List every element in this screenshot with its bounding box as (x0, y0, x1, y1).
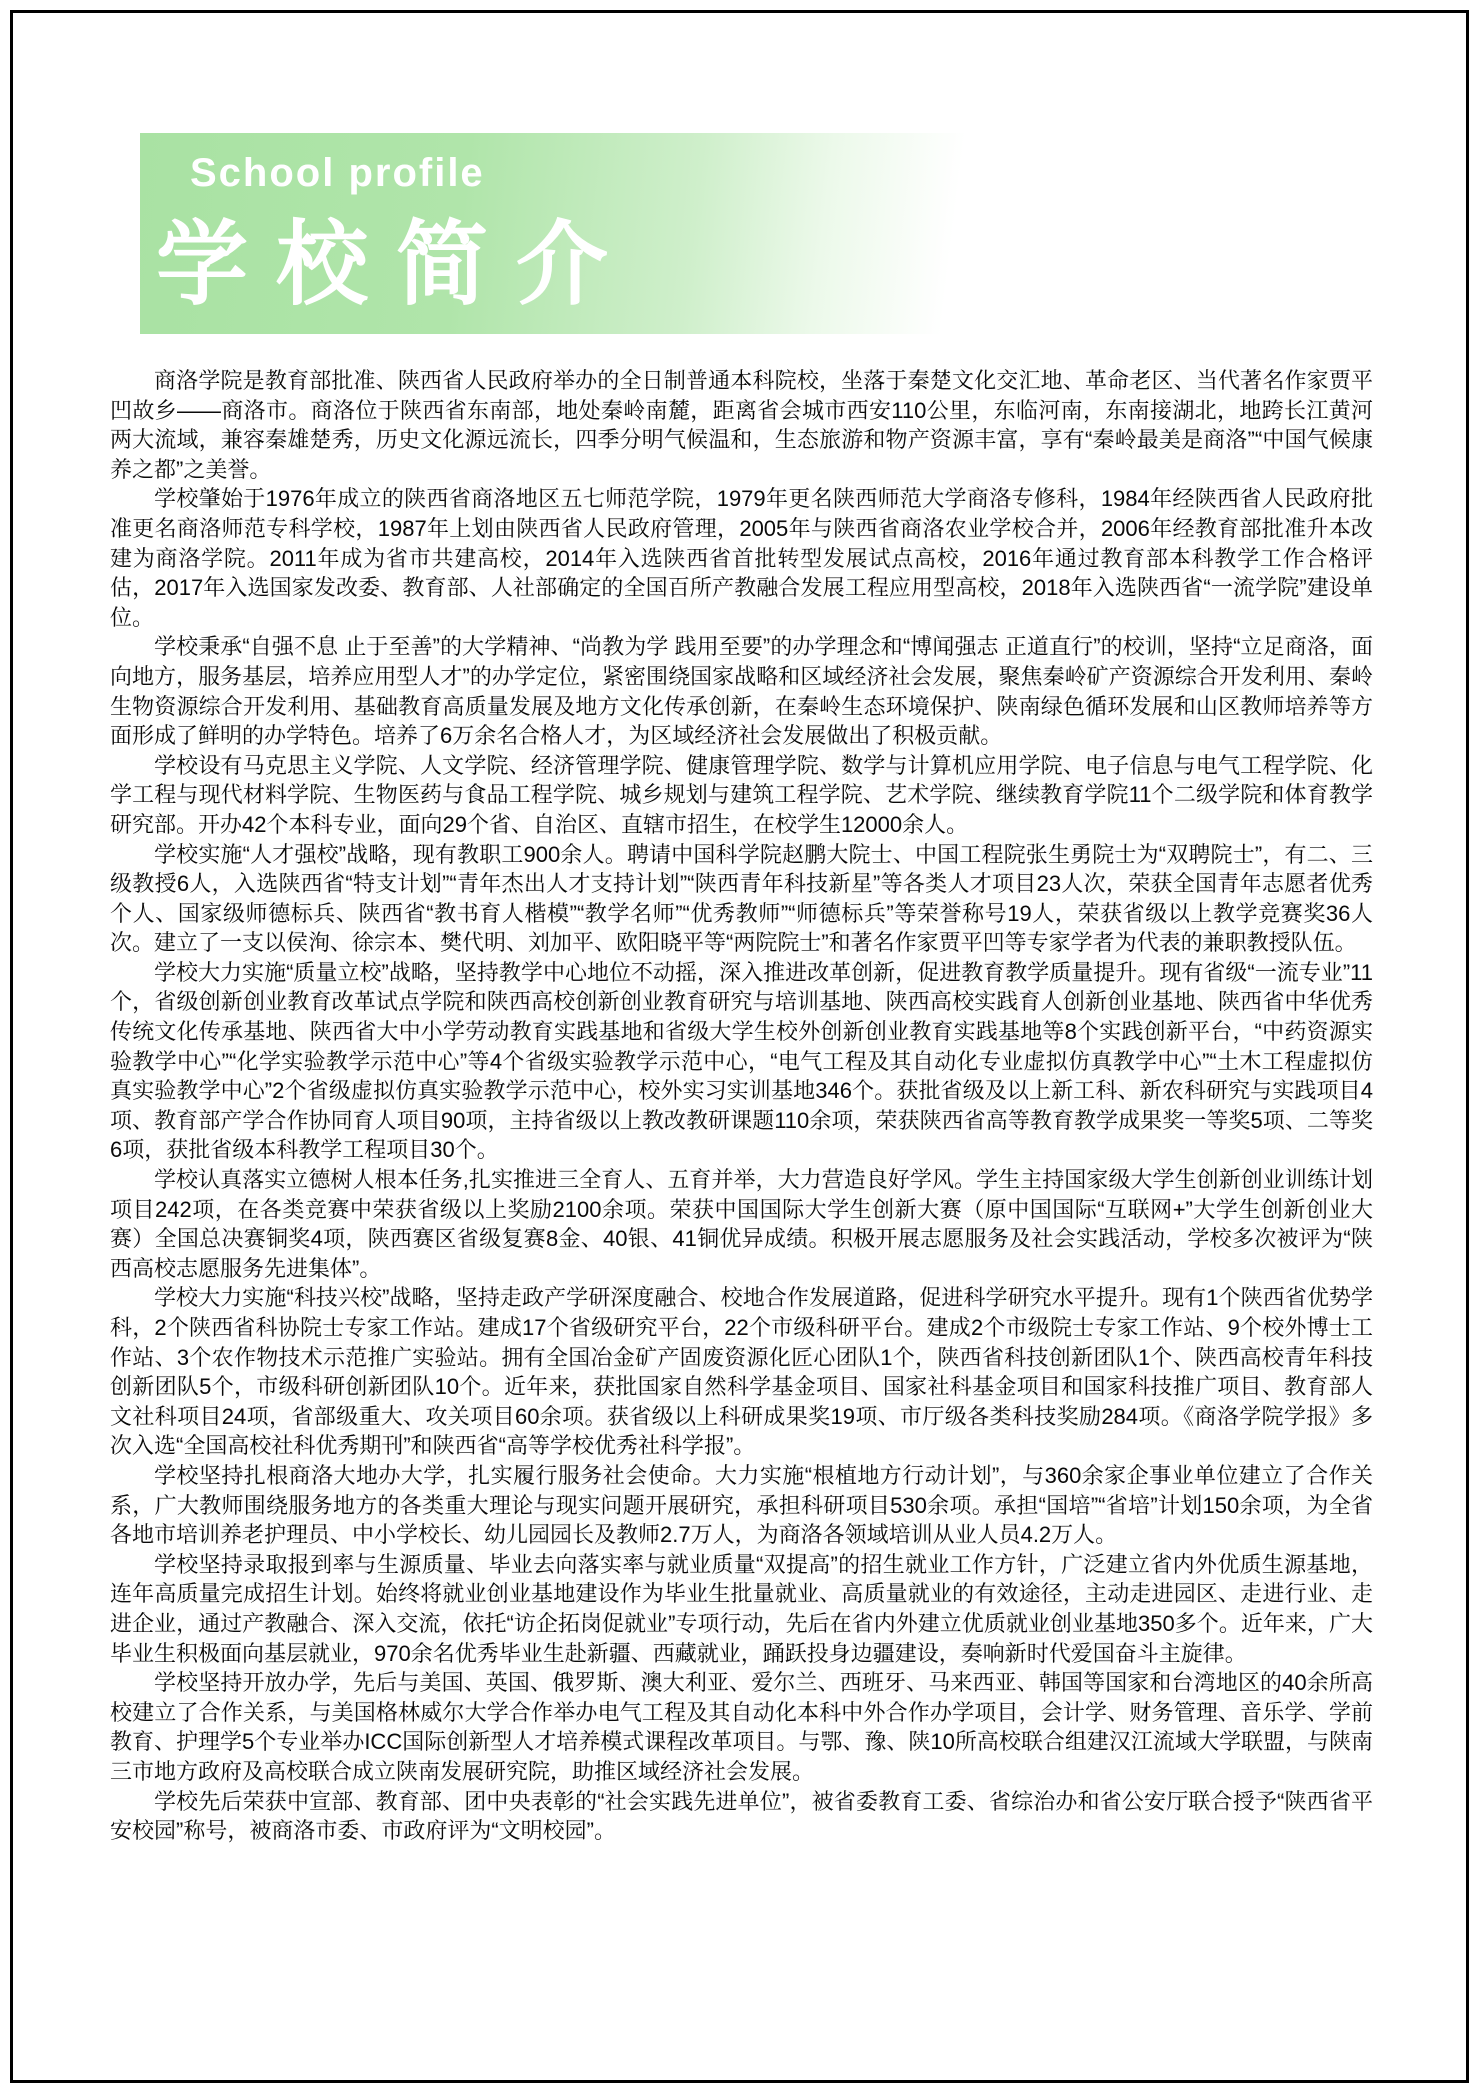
paragraph-faculty: 学校实施“人才强校”战略，现有教职工900余人。聘请中国科学院赵鹏大院士、中国工… (110, 840, 1373, 958)
paragraph-intro: 商洛学院是教育部批准、陕西省人民政府举办的全日制普通本科院校，坐落于秦楚文化交汇… (110, 366, 1373, 484)
header-banner: School profile 学校简介 (140, 133, 985, 334)
profile-text-body: 商洛学院是教育部批准、陕西省人民政府举办的全日制普通本科院校，坐落于秦楚文化交汇… (110, 366, 1373, 1846)
paragraph-social-service: 学校坚持扎根商洛大地办大学，扎实履行服务社会使命。大力实施“根植地方行动计划”，… (110, 1461, 1373, 1550)
paragraph-research: 学校大力实施“科技兴校”战略，坚持走政产学研深度融合、校地合作发展道路，促进科学… (110, 1283, 1373, 1461)
paragraph-motto: 学校秉承“自强不息 止于至善”的大学精神、“尚教为学 践用至要”的办学理念和“博… (110, 632, 1373, 750)
document-page: School profile 学校简介 商洛学院是教育部批准、陕西省人民政府举办… (0, 0, 1481, 2095)
paragraph-colleges: 学校设有马克思主义学院、人文学院、经济管理学院、健康管理学院、数学与计算机应用学… (110, 751, 1373, 840)
paragraph-history: 学校肇始于1976年成立的陕西省商洛地区五七师范学院，1979年更名陕西师范大学… (110, 484, 1373, 632)
paragraph-teaching-quality: 学校大力实施“质量立校”战略，坚持教学中心地位不动摇，深入推进改革创新，促进教育… (110, 958, 1373, 1165)
paragraph-honors: 学校先后荣获中宣部、教育部、团中央表彰的“社会实践先进单位”，被省委教育工委、省… (110, 1787, 1373, 1846)
header-title-english: School profile (190, 151, 485, 196)
paragraph-enrollment-employment: 学校坚持录取报到率与生源质量、毕业去向落实率与就业质量“双提高”的招生就业工作方… (110, 1550, 1373, 1668)
paragraph-student-achievement: 学校认真落实立德树人根本任务,扎实推进三全育人、五育并举，大力营造良好学风。学生… (110, 1165, 1373, 1283)
header-title-chinese: 学校简介 (156, 191, 636, 323)
paragraph-international: 学校坚持开放办学，先后与美国、英国、俄罗斯、澳大利亚、爱尔兰、西班牙、马来西亚、… (110, 1668, 1373, 1786)
